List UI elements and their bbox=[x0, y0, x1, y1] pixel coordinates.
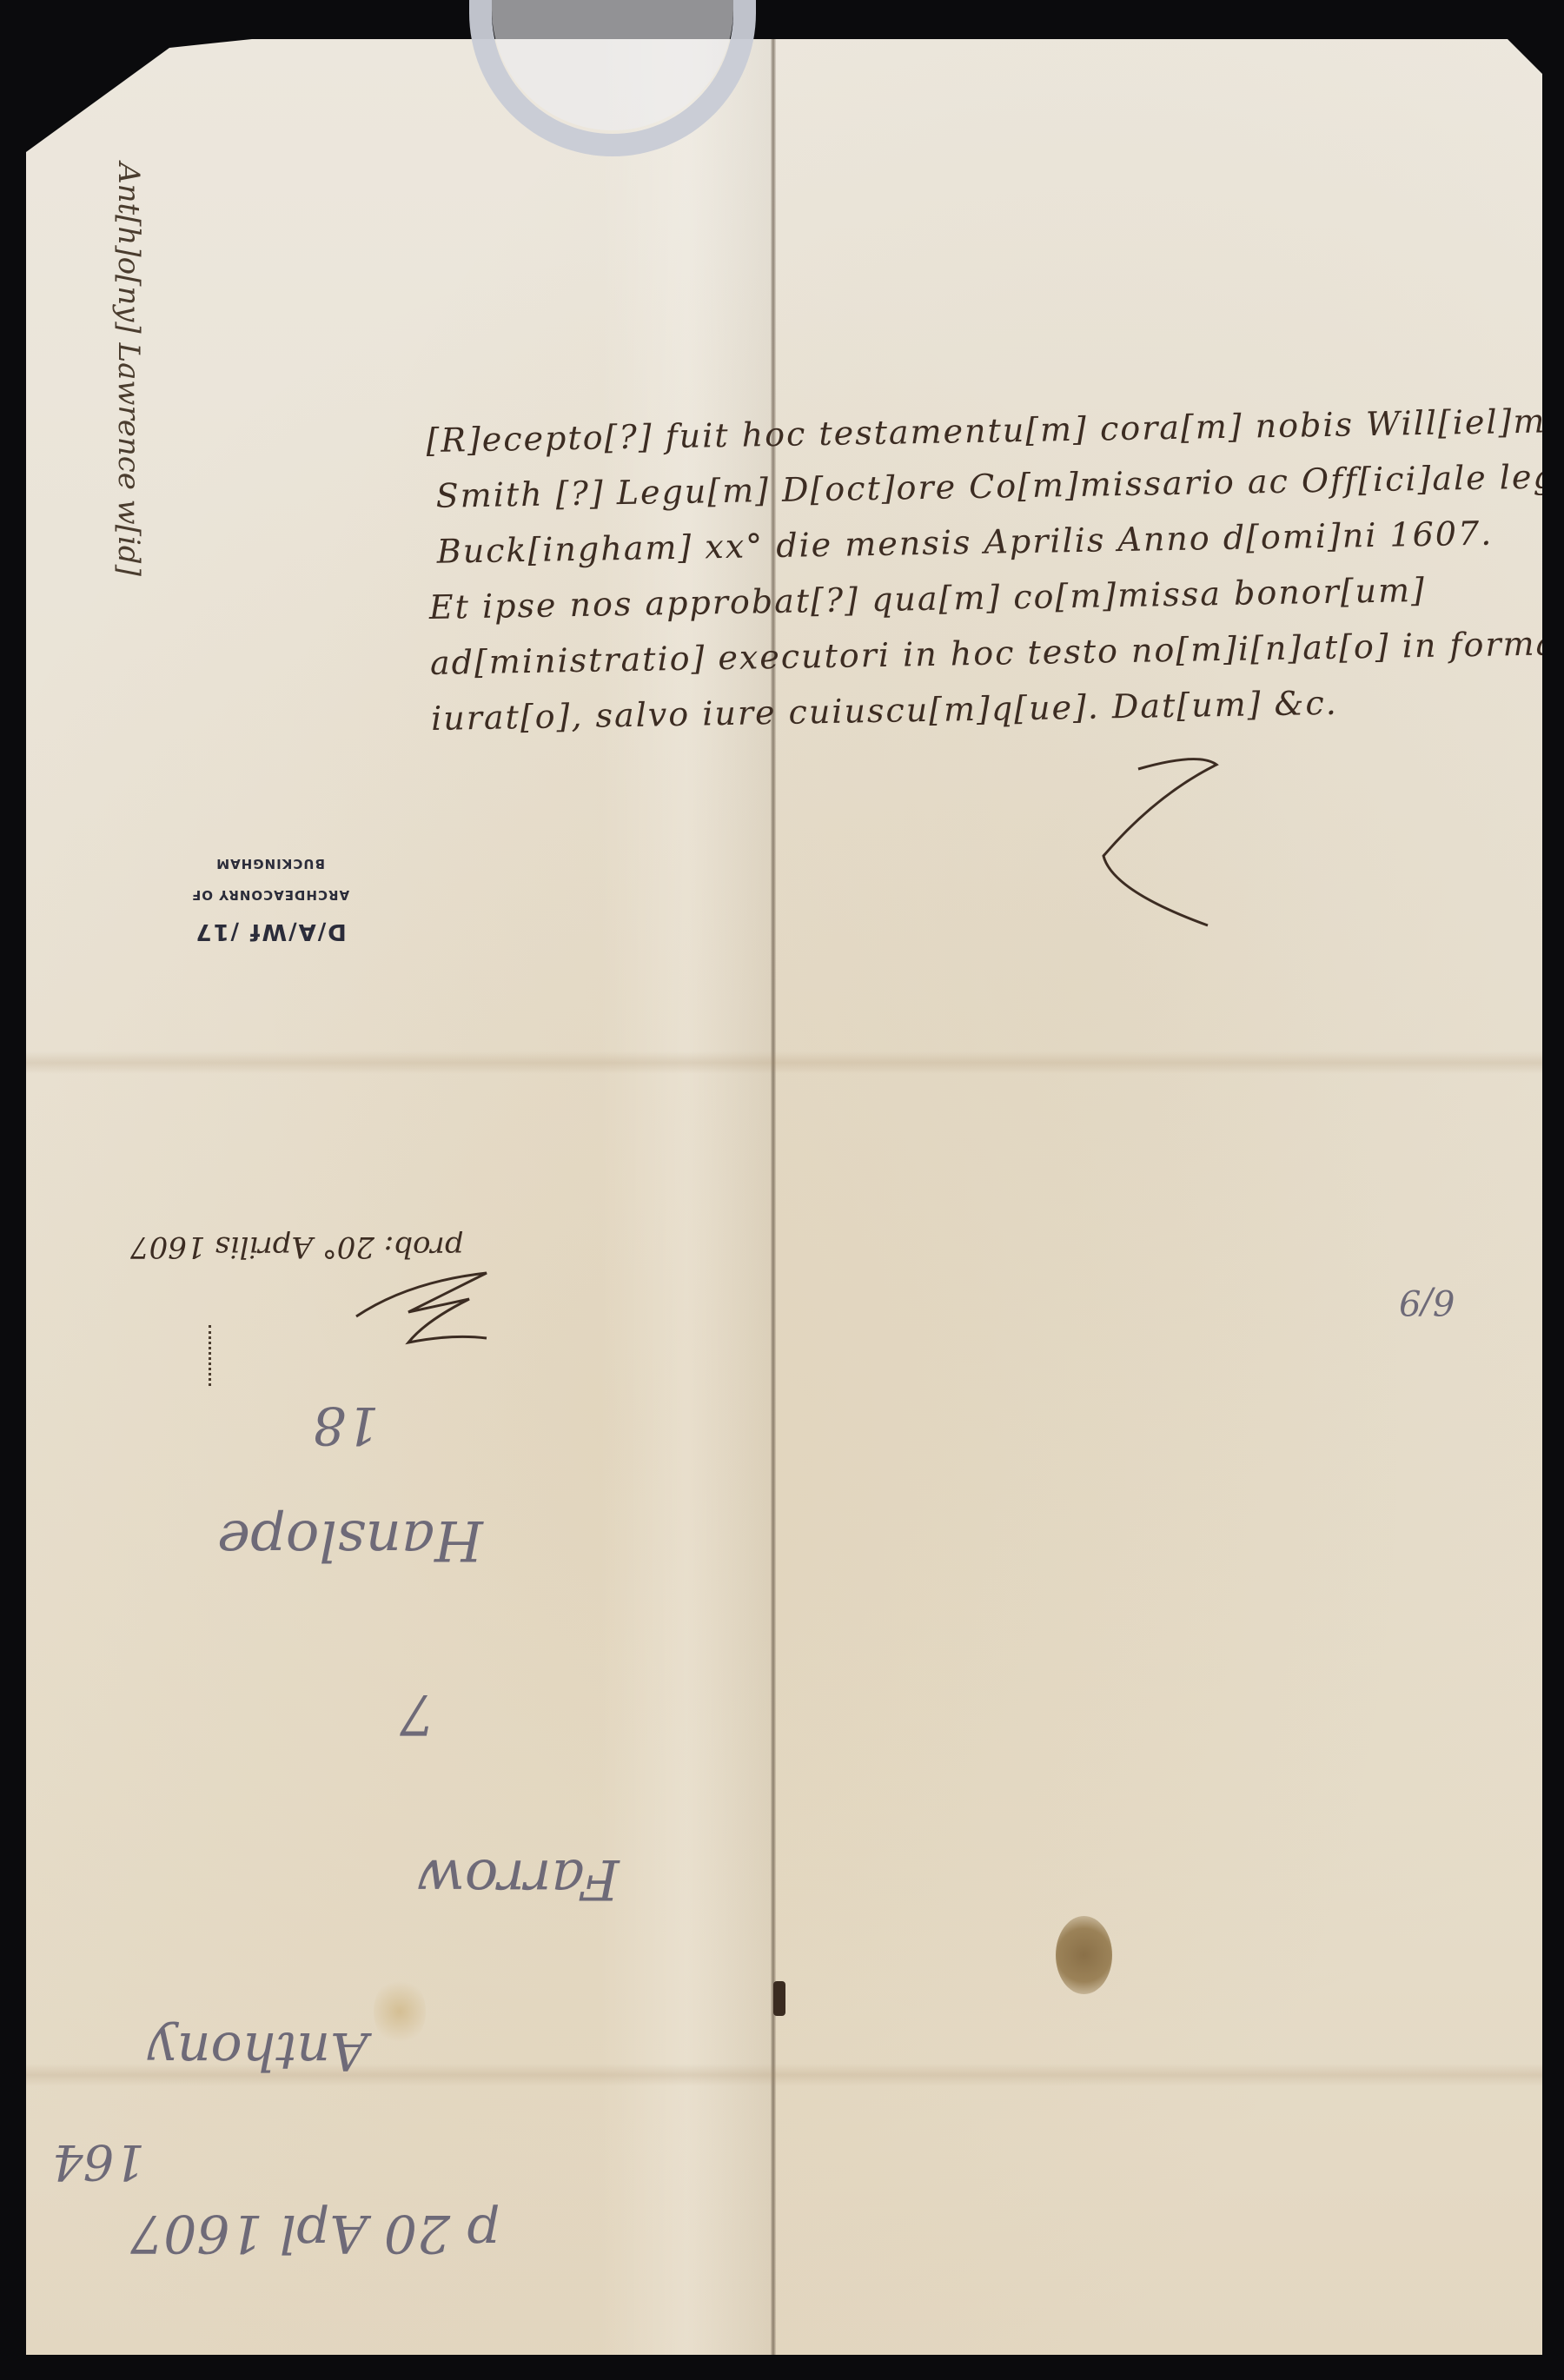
pencil-folio-number: 164 bbox=[52, 2133, 145, 2190]
fold-shadow bbox=[600, 39, 773, 2355]
water-stain bbox=[374, 1977, 426, 2046]
pencil-place-name: Hanslope bbox=[217, 1508, 483, 1572]
horizontal-fold-line-upper bbox=[26, 1051, 1542, 1074]
pencil-name-bottom: Anthony bbox=[148, 2020, 368, 2081]
archive-org-line2: BUCKINGHAM bbox=[191, 856, 349, 872]
archive-stamp: D/A/Wf /17 ARCHDEACONRY OF BUCKINGHAM bbox=[191, 856, 349, 945]
archive-org-line1: ARCHDEACONRY OF bbox=[191, 887, 349, 903]
pencil-fraction: 6/9 bbox=[1399, 1282, 1455, 1322]
seal-hole bbox=[773, 1981, 785, 2016]
probate-date-note: prob: 20° Aprilis 1607 bbox=[130, 1230, 464, 1264]
probate-clause: [R]ecepto[?] fuit hoc testamentu[m] cora… bbox=[426, 391, 1564, 746]
ink-stain bbox=[1056, 1916, 1112, 1994]
pencil-number: 18 bbox=[313, 1395, 379, 1455]
signature-flourish-icon bbox=[1060, 734, 1269, 943]
archive-reference: D/A/Wf /17 bbox=[191, 918, 349, 945]
pencil-mark: 7 bbox=[400, 1681, 435, 1746]
pencil-name-lower: Farrow bbox=[417, 1846, 620, 1911]
pencil-date-bottom: p 20 Apl 1607 bbox=[130, 2203, 500, 2264]
dotted-mark bbox=[209, 1325, 215, 1386]
margin-note: Ant[h]o[ny] Lawrence w[id] bbox=[111, 162, 146, 576]
manuscript-page: [R]ecepto[?] fuit hoc testamentu[m] cora… bbox=[26, 39, 1542, 2355]
